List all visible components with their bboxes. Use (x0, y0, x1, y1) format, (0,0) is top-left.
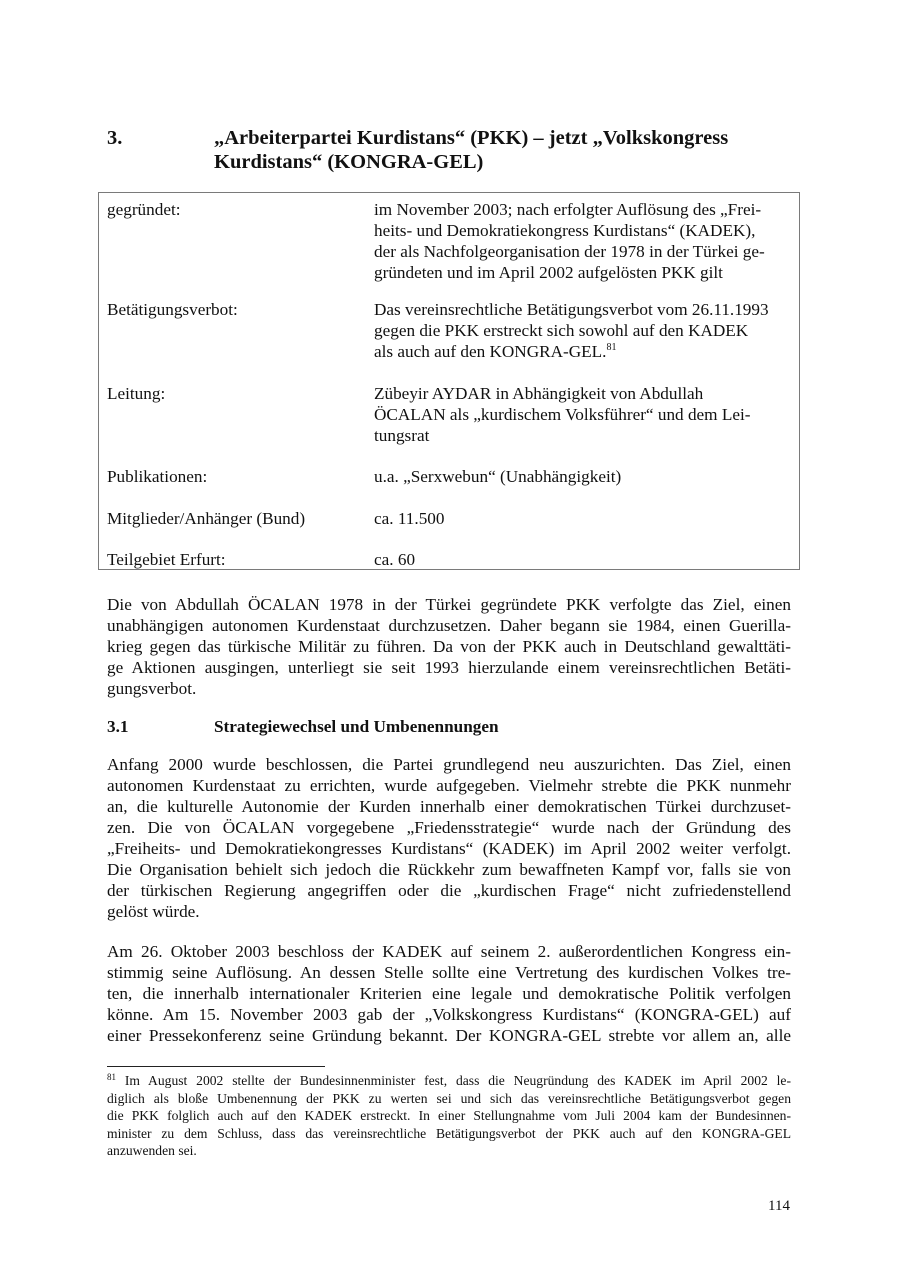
info-value-line: der als Nachfolgeorganisation der 1978 i… (374, 241, 794, 262)
info-value-line: gründeten und im April 2002 aufgelösten … (374, 262, 794, 283)
info-value-text: als auch auf den KONGRA-GEL. (374, 342, 606, 361)
text-line: gelöst würde. (107, 901, 791, 922)
strategy-paragraph: Anfang 2000 wurde beschlossen, die Parte… (107, 754, 791, 922)
section-title-line: „Arbeiterpartei Kurdistans“ (PKK) – jetz… (214, 126, 794, 150)
info-value-line: als auch auf den KONGRA-GEL.81 (374, 341, 794, 362)
text-line: minister zu dem Schluss, dass das verein… (107, 1125, 791, 1143)
info-value-line: gegen die PKK erstreckt sich sowohl auf … (374, 320, 794, 341)
page-number: 114 (768, 1198, 790, 1215)
subsection-number: 3.1 (107, 716, 128, 737)
info-value: ca. 60 (374, 549, 794, 570)
info-value: Zübeyir AYDAR in Abhängigkeit von Abdull… (374, 383, 794, 446)
document-page: 3. „Arbeiterpartei Kurdistans“ (PKK) – j… (0, 0, 900, 1272)
footnote-reference[interactable]: 81 (606, 342, 616, 353)
info-value: im November 2003; nach erfolgter Auflösu… (374, 199, 794, 283)
info-value-line: im November 2003; nach erfolgter Auflösu… (374, 199, 794, 220)
text-line: gungsverbot. (107, 678, 791, 699)
text-line: ten, die innerhalb internationaler Krite… (107, 983, 791, 1004)
info-value: Das vereinsrechtliche Betätigungsverbot … (374, 299, 794, 362)
text-line: die PKK folglich auch auf den KADEK erst… (107, 1107, 791, 1125)
text-line: Anfang 2000 wurde beschlossen, die Parte… (107, 754, 791, 775)
text-line: unabhängigen autonomen Kurdenstaat durch… (107, 615, 791, 636)
info-value-line: ca. 60 (374, 549, 794, 570)
intro-paragraph: Die von Abdullah ÖCALAN 1978 in der Türk… (107, 594, 791, 699)
info-value: ca. 11.500 (374, 508, 794, 529)
dissolution-paragraph: Am 26. Oktober 2003 beschloss der KADEK … (107, 941, 791, 1046)
info-label: gegründet: (107, 199, 367, 220)
info-label: Publikationen: (107, 466, 367, 487)
text-line: „Freiheits- und Demokratiekongresses Kur… (107, 838, 791, 859)
text-line: der türkischen Regierung angegriffen ode… (107, 880, 791, 901)
text-line: krieg gegen das türkische Militär zu füh… (107, 636, 791, 657)
text-line: könne. Am 15. November 2003 gab der „Vol… (107, 1004, 791, 1025)
info-value-line: Das vereinsrechtliche Betätigungsverbot … (374, 299, 794, 320)
info-value-line: ÖCALAN als „kurdischem Volksführer“ und … (374, 404, 794, 425)
info-value: u.a. „Serxwebun“ (Unabhängigkeit) (374, 466, 794, 487)
footnote-number: 81 (107, 1072, 116, 1082)
info-value-line: u.a. „Serxwebun“ (Unabhängigkeit) (374, 466, 794, 487)
text-line: an, die kulturelle Autonomie der Kurden … (107, 796, 791, 817)
info-label: Teilgebiet Erfurt: (107, 549, 367, 570)
info-label: Betätigungsverbot: (107, 299, 367, 320)
text-line: 81 Im August 2002 stellte der Bundesinne… (107, 1072, 791, 1090)
text-line: Am 26. Oktober 2003 beschloss der KADEK … (107, 941, 791, 962)
info-label: Leitung: (107, 383, 367, 404)
text-line: Die von Abdullah ÖCALAN 1978 in der Türk… (107, 594, 791, 615)
section-title: „Arbeiterpartei Kurdistans“ (PKK) – jetz… (214, 126, 794, 174)
footnote-divider (107, 1066, 325, 1067)
info-value-line: ca. 11.500 (374, 508, 794, 529)
section-number: 3. (107, 126, 122, 150)
text-line: ge Aktionen ausgingen, unterliegt sie se… (107, 657, 791, 678)
subsection-title: Strategiewechsel und Umbenennungen (214, 716, 499, 737)
footnote-text: Im August 2002 stellte der Bundesinnenmi… (116, 1073, 791, 1088)
text-line: zen. Die von ÖCALAN vorgegebene „Frieden… (107, 817, 791, 838)
info-value-line: Zübeyir AYDAR in Abhängigkeit von Abdull… (374, 383, 794, 404)
text-line: autonomen Kurdenstaat zu errichten, wurd… (107, 775, 791, 796)
text-line: Die Organisation behielt sich jedoch die… (107, 859, 791, 880)
info-value-line: heits- und Demokratiekongress Kurdistans… (374, 220, 794, 241)
footnote-81: 81 Im August 2002 stellte der Bundesinne… (107, 1072, 791, 1160)
info-value-line: tungsrat (374, 425, 794, 446)
text-line: diglich als bloße Umbenennung der PKK zu… (107, 1090, 791, 1108)
info-label: Mitglieder/Anhänger (Bund) (107, 508, 367, 529)
text-line: stimmig seine Auflösung. An dessen Stell… (107, 962, 791, 983)
text-line: anzuwenden sei. (107, 1142, 791, 1160)
section-title-line: Kurdistans“ (KONGRA-GEL) (214, 150, 794, 174)
text-line: einer Pressekonferenz seine Gründung bek… (107, 1025, 791, 1046)
organization-info-box: gegründet: im November 2003; nach erfolg… (98, 192, 800, 570)
